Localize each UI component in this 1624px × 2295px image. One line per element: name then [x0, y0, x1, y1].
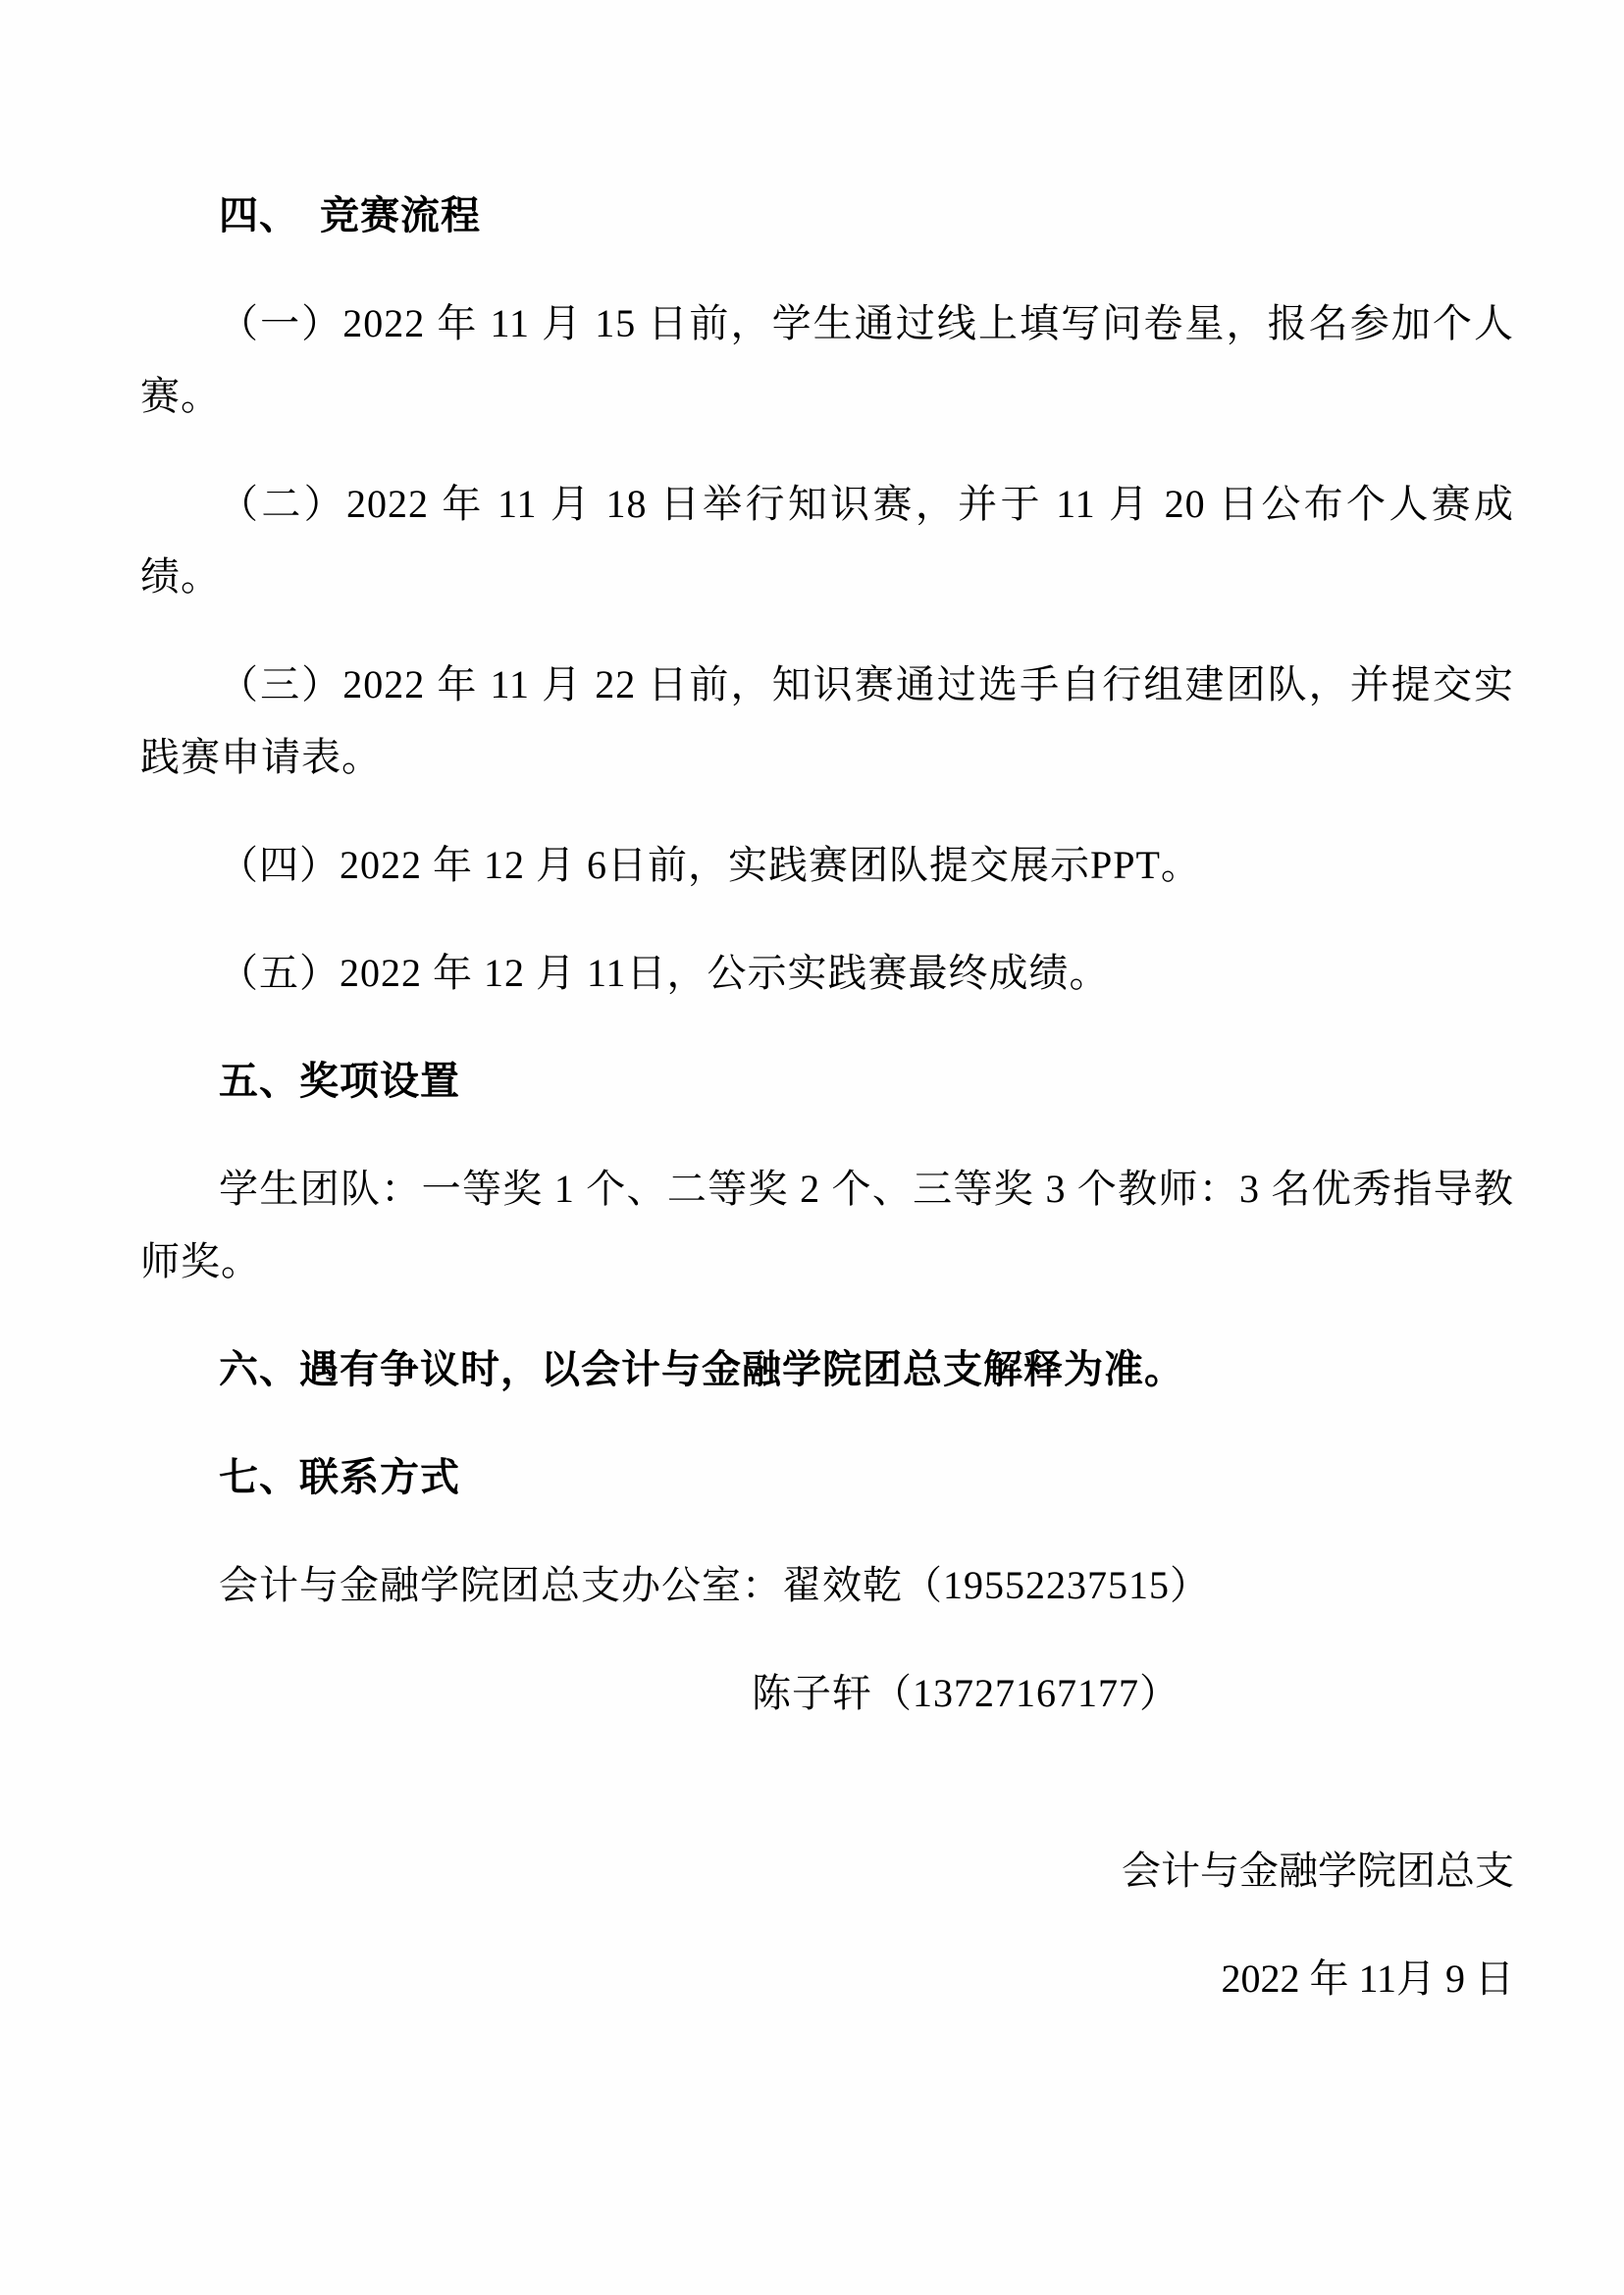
section-heading-contact: 七、联系方式 — [140, 1441, 1514, 1514]
contact-line-1: 会计与金融学院团总支办公室：翟效乾（19552237515） — [140, 1549, 1514, 1622]
document-page: 四、 竞赛流程 （一）2022 年 11 月 15 日前，学生通过线上填写问卷星… — [0, 0, 1624, 2295]
signature-block: 会计与金融学院团总支 2022 年 11月 9 日 — [140, 1835, 1514, 2015]
signature-date: 2022 年 11月 9 日 — [140, 1943, 1514, 2015]
contact-line-2: 陈子轩（13727167177） — [140, 1657, 1514, 1730]
process-item-3: （三）2022 年 11 月 22 日前，知识赛通过选手自行组建团队，并提交实践… — [140, 649, 1514, 794]
section-heading-awards: 五、奖项设置 — [140, 1045, 1514, 1118]
section-heading-dispute: 六、遇有争议时，以会计与金融学院团总支解释为准。 — [140, 1333, 1514, 1406]
section-heading-competition-process: 四、 竞赛流程 — [140, 180, 1514, 252]
awards-detail-paragraph: 学生团队：一等奖 1 个、二等奖 2 个、三等奖 3 个教师：3 名优秀指导教师… — [140, 1153, 1514, 1298]
process-item-1: （一）2022 年 11 月 15 日前，学生通过线上填写问卷星，报名参加个人赛… — [140, 287, 1514, 433]
process-item-5: （五）2022 年 12 月 11日，公示实践赛最终成绩。 — [140, 937, 1514, 1010]
signature-organization: 会计与金融学院团总支 — [140, 1835, 1514, 1907]
process-item-2: （二）2022 年 11 月 18 日举行知识赛，并于 11 月 20 日公布个… — [140, 468, 1514, 613]
process-item-4: （四）2022 年 12 月 6日前，实践赛团队提交展示PPT。 — [140, 829, 1514, 902]
